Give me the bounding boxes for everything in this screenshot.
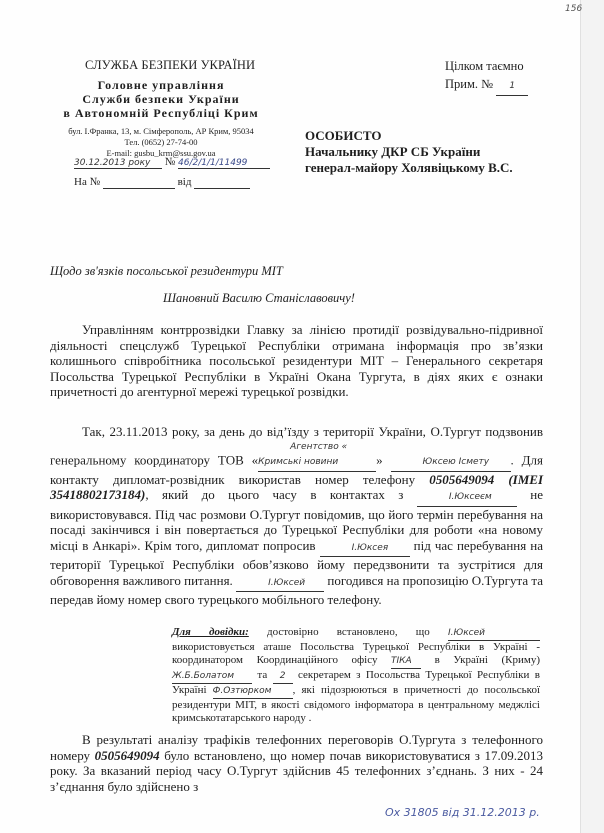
- ref-from-label: від: [178, 176, 192, 188]
- ref-label: На №: [74, 176, 100, 188]
- department-name: Головне управління Служби безпеки Україн…: [62, 78, 260, 120]
- registration-number: 46/2/1/1/11499: [178, 158, 270, 169]
- handwritten-name: І.Юксей: [236, 576, 324, 593]
- page-edge: [580, 0, 604, 833]
- handwritten-name: І.Юксеєм: [417, 490, 517, 507]
- addressee-position: Начальнику ДКР СБ України: [305, 144, 513, 160]
- handwritten-name: І.Юксея: [320, 541, 410, 558]
- handwritten-org: ТІКА: [391, 655, 421, 669]
- reference-line: На № від: [74, 176, 250, 189]
- addressee-block: ОСОБИСТО Начальнику ДКР СБ України генер…: [305, 128, 513, 176]
- text: в Україні (Криму): [421, 654, 540, 666]
- handwritten-name: Ж.Б.Болатом: [172, 670, 252, 684]
- addressee-name: генерал-майору Холявіцькому В.С.: [305, 160, 513, 176]
- paragraph-2: Так, 23.11.2013 року, за день до від’їзд…: [50, 424, 543, 608]
- copy-number: 1: [496, 77, 528, 96]
- agency-name: СЛУЖБА БЕЗПЕКИ УКРАЇНИ: [85, 58, 255, 73]
- handwritten-name: Юксею Ісмету: [391, 455, 511, 472]
- handwritten-company: Агентство « Кримські новини: [258, 440, 376, 472]
- phone: Тел. (0652) 27-74-00: [62, 137, 260, 148]
- handwritten-name: І.Юксей: [448, 627, 540, 641]
- postal-address: бул. І.Франка, 13, м. Сімферополь, АР Кр…: [62, 126, 260, 137]
- copy-label: Прим. №: [445, 77, 493, 91]
- paragraph-3: В результаті аналізу трафіків телефонних…: [50, 732, 543, 794]
- handwritten-name: Ф.Озтюрком: [213, 685, 293, 699]
- personal-mark: ОСОБИСТО: [305, 128, 513, 144]
- text: , який до цього часу в контактах з: [145, 487, 417, 502]
- handwritten-rank: 2: [273, 670, 293, 684]
- phone-number: 0505649094: [95, 748, 160, 763]
- department-line: в Автономній Республіці Крим: [62, 106, 260, 120]
- reference-note: Для довідки: достовірно встановлено, що …: [172, 626, 540, 725]
- greeting: Шановний Василю Станіславовичу!: [163, 291, 355, 306]
- registration-date: 30.12.2013 року: [74, 158, 162, 169]
- text: та: [252, 669, 273, 681]
- department-line: Головне управління: [62, 78, 260, 92]
- contact-block: бул. І.Франка, 13, м. Сімферополь, АР Кр…: [62, 126, 260, 159]
- classification-level: Цілком таємно: [445, 57, 528, 75]
- department-line: Служби безпеки України: [62, 92, 260, 106]
- text: »: [376, 452, 383, 467]
- paragraph-1: Управлінням контррозвідки Главку за ліні…: [50, 322, 543, 400]
- sheet-number: 156: [565, 4, 582, 14]
- phone-number: 0505649094: [429, 472, 494, 487]
- note-label: Для довідки:: [172, 626, 249, 638]
- outgoing-stamp: Ох 31805 від 31.12.2013 р.: [385, 806, 540, 819]
- reg-no-label: №: [165, 156, 176, 168]
- registration-line: 30.12.2013 року № 46/2/1/1/11499: [74, 156, 270, 169]
- text: достовірно встановлено, що: [249, 626, 448, 638]
- subject-line: Щодо зв'язків посольської резидентури МІ…: [50, 264, 283, 279]
- classification-block: Цілком таємно Прим. № 1: [445, 57, 528, 96]
